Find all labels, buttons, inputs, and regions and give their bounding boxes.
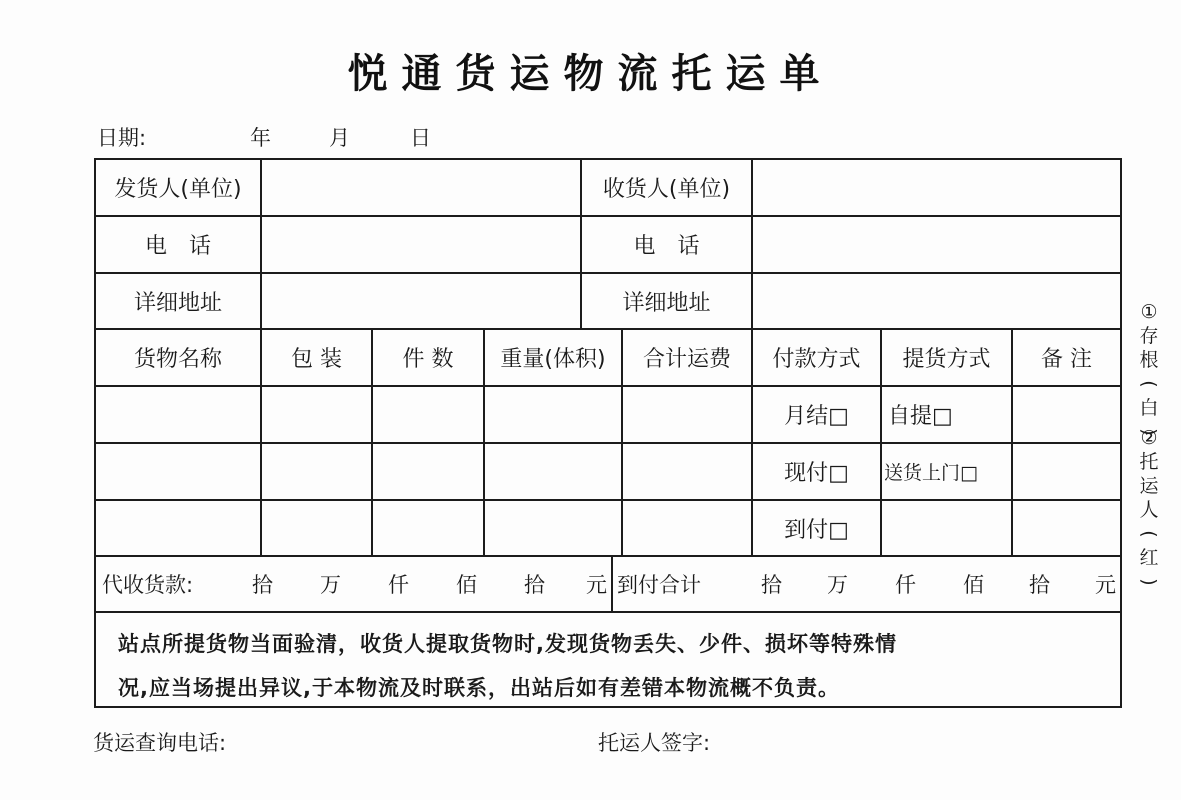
consignee-label: 收货人(单位)	[582, 160, 751, 215]
side-label-copy2: ②托运人(红)	[1134, 426, 1164, 594]
payment-option-cash[interactable]: 现付□	[753, 444, 880, 499]
shipper-address-field[interactable]	[262, 274, 580, 328]
cod-unit-wan: 万	[320, 569, 341, 599]
collect-unit-wan: 万	[827, 569, 848, 599]
liability-notice: 站点所提货物当面验清，收货人提取货物时,发现货物丢失、少件、损坏等特殊情 况,应…	[118, 622, 1108, 710]
consignee-address-label: 详细地址	[582, 274, 751, 328]
cod-unit-shi2: 拾	[524, 569, 545, 599]
payment-option-collect[interactable]: 到付□	[753, 501, 880, 555]
pickup-option-delivery[interactable]: 送货上门□	[882, 444, 1011, 499]
side-label-copy1: ①存根(白)	[1134, 300, 1164, 444]
date-month-label: 月	[329, 122, 350, 152]
pickup-option-self[interactable]: 自提□	[882, 387, 1011, 442]
header-payment-method: 付款方式	[753, 330, 880, 385]
notice-line-1: 站点所提货物当面验清，收货人提取货物时,发现货物丢失、少件、损坏等特殊情	[118, 622, 1108, 666]
consignee-phone-label: 电 话	[582, 217, 751, 272]
cod-unit-yuan: 元	[586, 569, 607, 599]
header-weight: 重量(体积)	[485, 330, 621, 385]
shipper-label: 发货人(单位)	[96, 160, 260, 215]
collect-unit-qian: 仟	[895, 569, 916, 599]
cod-label: 代收货款:	[102, 569, 193, 599]
shipper-address-label: 详细地址	[96, 274, 260, 328]
consignee-address-field[interactable]	[753, 274, 1120, 328]
collect-total-label: 到付合计	[617, 569, 701, 599]
shipper-phone-label: 电 话	[96, 217, 260, 272]
date-label: 日期:	[97, 122, 146, 152]
header-packaging: 包 装	[262, 330, 371, 385]
collect-total-row: 到付合计 拾 万 仟 佰 拾 元	[617, 557, 1117, 611]
page-title: 悦通货运物流托运单	[0, 42, 1181, 99]
notice-line-2: 况,应当场提出异议,于本物流及时联系，出站后如有差错本物流概不负责。	[118, 666, 1108, 710]
date-day-label: 日	[410, 122, 431, 152]
header-quantity: 件 数	[373, 330, 483, 385]
date-year-label: 年	[250, 122, 271, 152]
shipper-field[interactable]	[262, 160, 580, 215]
collect-unit-shi: 拾	[761, 569, 782, 599]
query-phone-label: 货运查询电话:	[93, 727, 226, 757]
shipper-signature-label: 托运人签字:	[598, 727, 710, 757]
header-goods-name: 货物名称	[96, 330, 260, 385]
consignee-phone-field[interactable]	[753, 217, 1120, 272]
cod-unit-shi: 拾	[252, 569, 273, 599]
header-total-freight: 合计运费	[623, 330, 751, 385]
cod-unit-bai: 佰	[456, 569, 477, 599]
payment-option-monthly[interactable]: 月结□	[753, 387, 880, 442]
waybill-form: 发货人(单位) 收货人(单位) 电 话 电 话 详细地址 详细地址 货物名称 包…	[94, 158, 1122, 708]
shipper-phone-field[interactable]	[262, 217, 580, 272]
collect-unit-bai: 佰	[963, 569, 984, 599]
consignee-field[interactable]	[753, 160, 1120, 215]
collect-unit-yuan: 元	[1095, 569, 1116, 599]
header-remarks: 备 注	[1013, 330, 1120, 385]
cod-row: 代收货款: 拾 万 仟 佰 拾 元	[102, 557, 612, 611]
cod-unit-qian: 仟	[388, 569, 409, 599]
header-pickup-method: 提货方式	[882, 330, 1011, 385]
collect-unit-shi2: 拾	[1029, 569, 1050, 599]
